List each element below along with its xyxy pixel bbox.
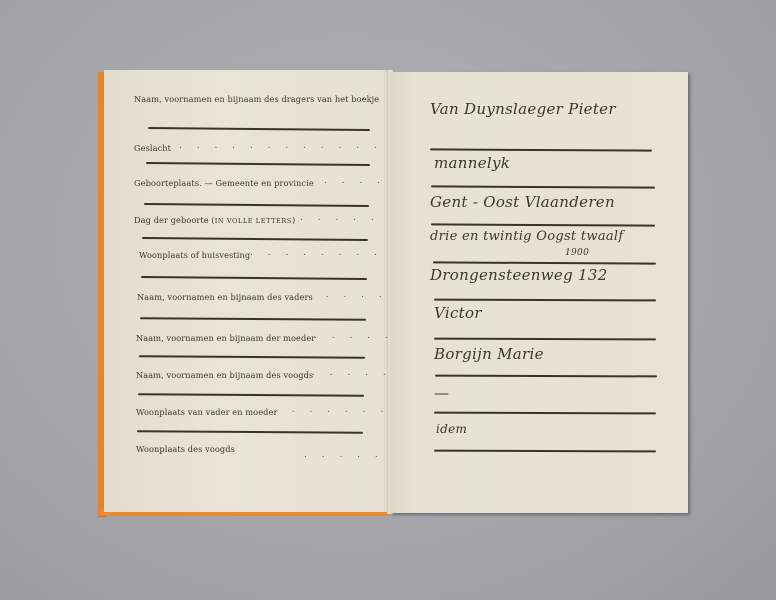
handwritten-parents-residence: idem	[436, 422, 467, 436]
handwritten-guardian: —	[434, 384, 449, 402]
field-label-parents-residence: Woonplaats van vader en moeder	[136, 407, 277, 417]
field-label-name: Naam, voornamen en bijnaam des dragers v…	[134, 94, 379, 104]
form-rule	[434, 299, 656, 302]
handwritten-residence: Drongensteenweg 132	[430, 266, 608, 284]
handwritten-birthyear: 1900	[565, 248, 589, 258]
form-rule	[430, 148, 652, 151]
field-label-sex: Geslacht	[134, 143, 171, 153]
dot-leader: .	[362, 92, 371, 102]
form-rule	[138, 393, 364, 397]
label-suffix: )	[292, 215, 295, 225]
label-text: Dag der geboorte (	[134, 215, 215, 225]
form-rule	[434, 338, 656, 341]
label-caps: IN VOLLE LETTERS	[215, 217, 292, 225]
handwritten-sex: mannelyk	[434, 154, 510, 172]
field-label-birthdate: Dag der geboorte (IN VOLLE LETTERS)	[134, 215, 295, 225]
form-rule	[434, 412, 656, 415]
open-booklet: Naam, voornamen en bijnaam des dragers v…	[100, 70, 690, 516]
form-rule	[431, 185, 655, 188]
field-label-guardian-residence: Woonplaats des voogds	[136, 444, 235, 454]
right-page: Van Duynslaeger Pieter mannelyk Gent - O…	[390, 72, 688, 513]
handwritten-birthplace: Gent - Oost Vlaanderen	[430, 193, 615, 211]
handwritten-father: Victor	[434, 304, 482, 322]
form-rule	[431, 223, 655, 226]
handwritten-mother: Borgijn Marie	[434, 345, 544, 363]
field-label-residence: Woonplaats of huisvesting	[139, 250, 250, 260]
form-rule	[140, 317, 366, 321]
form-rule	[435, 375, 657, 378]
dot-leader: . . . . .	[304, 450, 384, 460]
field-label-birthplace: Geboorteplaats. — Gemeente en provincie	[134, 178, 314, 188]
handwritten-birthdate: drie en twintig Oogst twaalf	[430, 229, 624, 244]
form-rule	[146, 162, 370, 166]
dot-leader: . . . . . .	[300, 213, 397, 223]
field-label-father: Naam, voornamen en bijnaam des vaders	[137, 292, 313, 302]
handwritten-name: Van Duynslaeger Pieter	[430, 100, 616, 118]
form-rule	[434, 450, 656, 453]
form-rule	[144, 203, 369, 207]
form-rule	[433, 261, 656, 264]
field-label-mother: Naam, voornamen en bijnaam der moeder	[136, 333, 315, 343]
form-rule	[137, 430, 363, 434]
form-rule	[141, 276, 367, 280]
form-rule	[142, 237, 368, 241]
form-rule	[139, 355, 365, 359]
field-label-guardian: Naam, voornamen en bijnaam des voogds	[136, 370, 313, 380]
left-page: Naam, voornamen en bijnaam des dragers v…	[104, 70, 390, 512]
form-rule	[148, 127, 370, 131]
